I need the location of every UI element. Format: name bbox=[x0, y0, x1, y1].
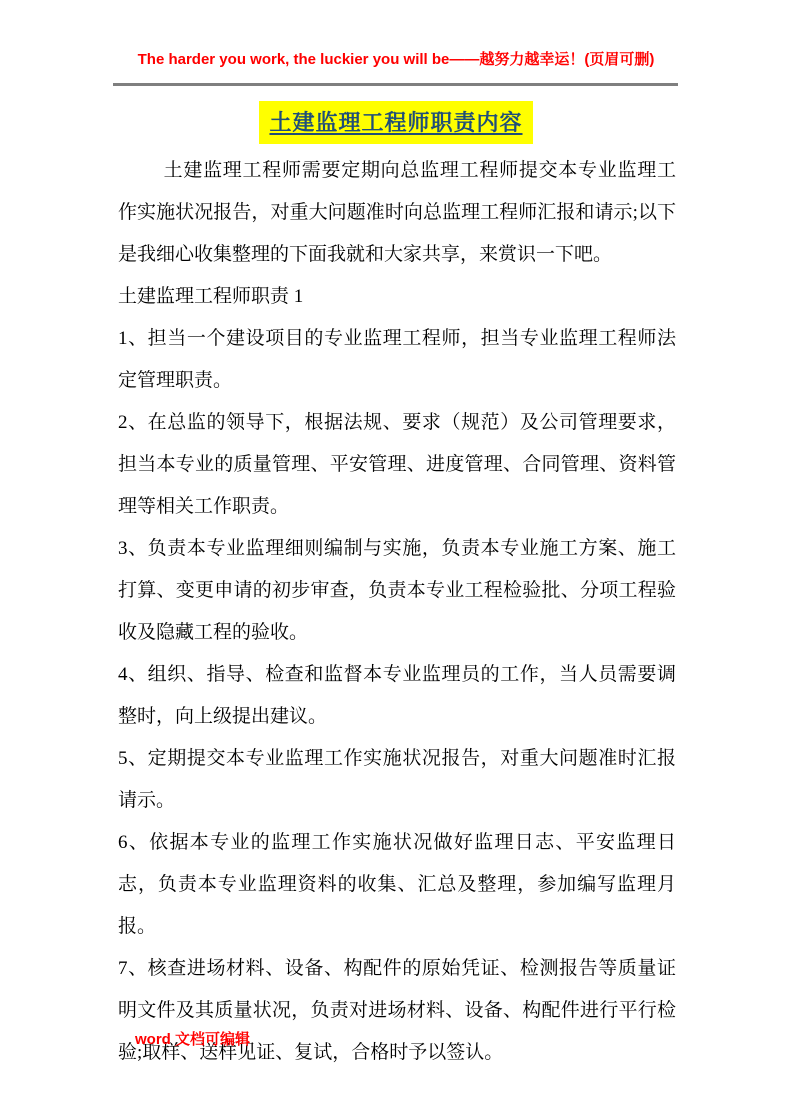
intro-paragraph: 土建监理工程师需要定期向总监理工程师提交本专业监理工作实施状况报告，对重大问题准… bbox=[118, 150, 676, 276]
duty-item-1: 1、担当一个建设项目的专业监理工程师，担当专业监理工程师法定管理职责。 bbox=[118, 318, 676, 402]
duty-item-7: 7、核查进场材料、设备、构配件的原始凭证、检测报告等质量证明文件及其质量状况，负… bbox=[118, 948, 676, 1074]
page-footer-watermark: word 文档可编辑 bbox=[135, 1028, 250, 1049]
duty-item-6: 6、依据本专业的监理工作实施状况做好监理日志、平安监理日志，负责本专业监理资料的… bbox=[118, 822, 676, 948]
document-page: The harder you work, the luckier you wil… bbox=[0, 0, 792, 1120]
duty-item-2: 2、在总监的领导下，根据法规、要求（规范）及公司管理要求，担当本专业的质量管理、… bbox=[118, 402, 676, 528]
page-header-motto: The harder you work, the luckier you wil… bbox=[0, 0, 792, 70]
duty-item-4: 4、组织、指导、检查和监督本专业监理员的工作，当人员需要调整时，向上级提出建议。 bbox=[118, 654, 676, 738]
document-title: 土建监理工程师职责内容 bbox=[259, 101, 532, 144]
title-row: 土建监理工程师职责内容 bbox=[0, 101, 792, 144]
header-divider bbox=[113, 83, 678, 86]
section-heading-duties-1: 土建监理工程师职责 1 bbox=[118, 276, 676, 318]
duty-item-5: 5、定期提交本专业监理工作实施状况报告，对重大问题准时汇报请示。 bbox=[118, 738, 676, 822]
document-body: 土建监理工程师需要定期向总监理工程师提交本专业监理工作实施状况报告，对重大问题准… bbox=[118, 150, 676, 1074]
duty-item-3: 3、负责本专业监理细则编制与实施，负责本专业施工方案、施工打算、变更申请的初步审… bbox=[118, 528, 676, 654]
